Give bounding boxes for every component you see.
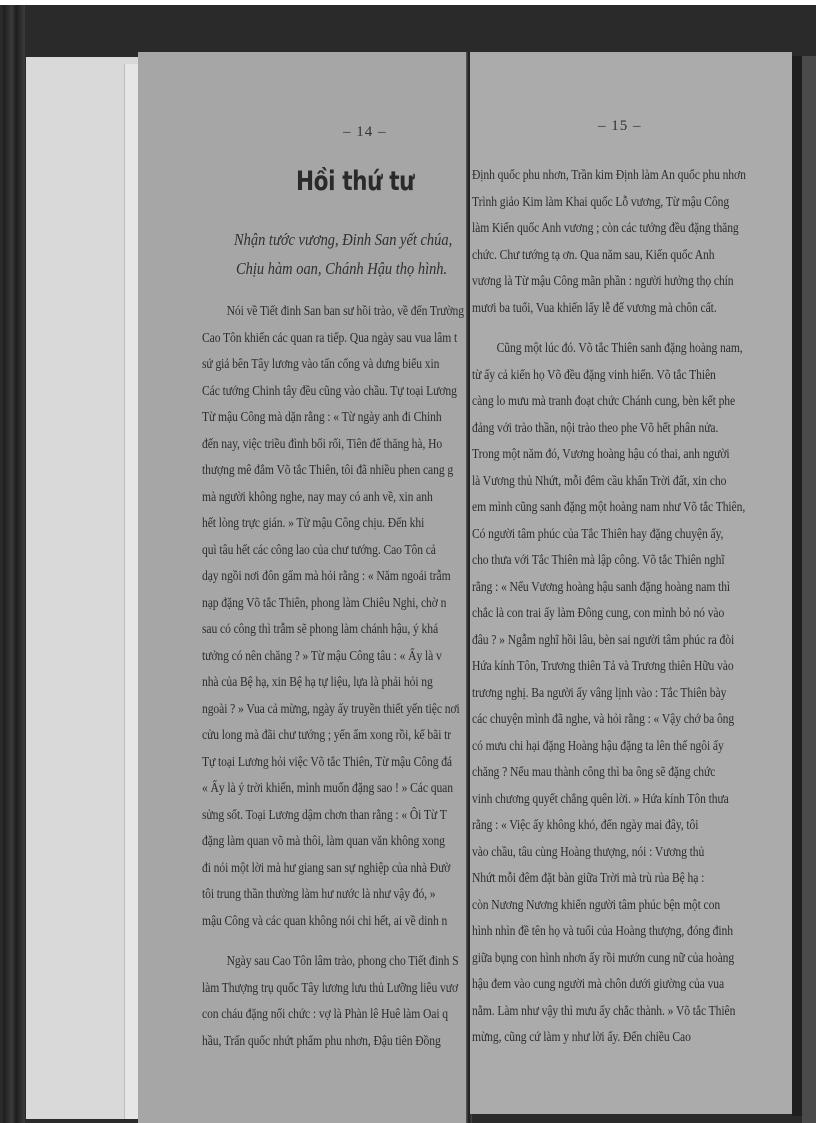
page-number: – 14 –: [343, 124, 387, 141]
text-line: tưởng có nên chăng ? » Từ mậu Công tâu :…: [202, 643, 435, 670]
text-line: có mưu chi hại đặng Hoàng hậu đặng ta lê…: [472, 733, 740, 760]
book-cover-edge: [802, 56, 816, 1123]
text-line: Nhứt mỗi đêm đặt bàn giữa Trời mà trù rủ…: [472, 865, 740, 892]
text-line: vinh chương quyết chẳng quên lời. » Hứa …: [472, 786, 740, 813]
text-line: Hứa kính Tôn, Trương thiên Tả và Trương …: [472, 653, 740, 680]
text-line: nhà của Bệ hạ, xin Bệ hạ tự liệu, lựa là…: [202, 669, 435, 696]
text-line: mậu Công và các quan không nói chi hết, …: [202, 908, 435, 935]
text-line: đảng với trào thần, nội trào theo phe Võ…: [472, 415, 740, 442]
text-line: đâu ? » Ngẫm nghĩ hồi lâu, bèn sai người…: [472, 627, 740, 654]
text-line: đi nói một lời mà hư giang san sự nghiệp…: [202, 855, 435, 882]
text-line: là Vương thủ Nhứt, mỗi đêm cầu khẩn Trời…: [472, 468, 740, 495]
text-line: đến nay, việc triều đình bối rối, Tiên đ…: [202, 431, 435, 458]
text-line: mà người không nghe, nay may có anh về, …: [202, 484, 435, 511]
text-line: hình nhìn đề tên họ và tuổi của Hoàng th…: [472, 918, 740, 945]
text-line: rằng : « Nếu Vương hoàng hậu sanh đặng h…: [472, 574, 740, 601]
text-line: ngoài ? » Vua cả mừng, ngày ấy truyền th…: [202, 696, 435, 723]
text-line: làm Kiến quốc Anh vương ; còn các tướng …: [472, 215, 740, 242]
text-line: sau có công thì trẫm sẽ phong làm chánh …: [202, 616, 435, 643]
text-line: còn Nương Nương khiến người tâm phúc bện…: [472, 892, 740, 919]
text-line: cho thưa với Tắc Thiên mà lập công. Võ t…: [472, 547, 740, 574]
text-line: hậu đem vào cung người mà chôn dưới giườ…: [472, 971, 740, 998]
left-page: – 14 – Hồi thứ tư Nhận tước vương, Đinh …: [138, 52, 468, 1123]
text-line: sứ giả bên Tây lương vào tấn cống và dưn…: [202, 351, 435, 378]
text-line: tôi trung thần thường làm hư nước là như…: [202, 881, 435, 908]
text-line: quì tâu hết các công lao của chư tướng. …: [202, 537, 435, 564]
text-line: Tự toại Lương hỏi việc Võ tắc Thiên, Từ …: [202, 749, 435, 776]
text-line: trương nghị. Ba người ấy vâng lịnh vào :…: [472, 680, 740, 707]
text-line: Cũng một lúc đó. Võ tắc Thiên sanh đặng …: [472, 335, 740, 362]
text-line: hết lòng trực gián. » Từ mậu Công chịu. …: [202, 510, 435, 537]
text-line: Từ mậu Công mà dặn rằng : « Từ ngày anh …: [202, 404, 435, 431]
paragraph-gap: [472, 321, 777, 335]
text-line: Cao Tôn khiến các quan ra tiếp. Qua ngày…: [202, 325, 435, 352]
body-text: Nói về Tiết đinh San ban sư hồi trào, về…: [202, 298, 467, 1054]
blank-flyleaf: [26, 57, 138, 1119]
text-line: vào chầu, tâu cùng Hoàng thượng, nói : V…: [472, 839, 740, 866]
text-line: em mình cũng sanh đặng một hoàng nam như…: [472, 494, 740, 521]
text-line: thượng mê đắm Võ tắc Thiên, tôi đã nhiều…: [202, 457, 435, 484]
text-line: làm Thượng trụ quốc Tây lương lưu thủ Lư…: [202, 975, 435, 1002]
paragraph-gap: [202, 934, 467, 948]
text-line: Các tướng Chinh tây đều cũng vào chầu. T…: [202, 378, 435, 405]
text-line: hầu, Trấn quốc nhứt phẩm phu nhơn, Đậu t…: [202, 1028, 435, 1055]
text-line: cửu long mà đãi chư tướng ; yến ẩm xong …: [202, 722, 435, 749]
text-line: « Ấy là ý trời khiến, mình muốn đặng sao…: [202, 775, 435, 802]
text-line: càng lo mưu mà tranh đoạt chức Chánh cun…: [472, 388, 740, 415]
text-line: nằm. Làm như vậy thì mưu ấy chắc thành. …: [472, 998, 740, 1025]
text-line: đặng làm quan võ mà thôi, làm quan văn k…: [202, 828, 435, 855]
text-line: chức. Chư tướng tạ ơn. Qua năm sau, Kiến…: [472, 242, 740, 269]
text-line: nạp đặng Võ tắc Thiên, phong làm Chiêu N…: [202, 590, 435, 617]
text-line: chăng ? Nếu mau thành công thì ba ông sẽ…: [472, 759, 740, 786]
text-line: Trong một năm đó, Vương hoàng hậu có tha…: [472, 441, 740, 468]
text-line: các chuyện mình đã nghe, và hỏi rằng : «…: [472, 706, 740, 733]
text-line: sửng sốt. Toại Lương dậm chơn than rằng …: [202, 802, 435, 829]
text-line: Ngày sau Cao Tôn lâm trào, phong cho Tiế…: [202, 948, 435, 975]
text-line: rằng : « Việc ấy không khó, đến ngày mai…: [472, 812, 740, 839]
body-text: Định quốc phu nhơn, Trần kim Định làm An…: [472, 162, 777, 1051]
text-line: con cháu đặng nối chức : vợ là Phàn lê H…: [202, 1001, 435, 1028]
text-line: giữa bụng con hình nhơn ấy rồi mướn cung…: [472, 945, 740, 972]
chapter-subtitle-line: Chịu hàm oan, Chánh Hậu thọ hình.: [236, 259, 447, 279]
page-stack-edge: [792, 56, 802, 1116]
text-line: từ ấy cả kiến họ Võ đều đặng vinh hiển. …: [472, 362, 740, 389]
text-line: mừng, cũng cứ làm y như lời ấy. Đến chiề…: [472, 1024, 740, 1051]
text-line: dạy ngồi nơi đôn gấm mà hỏi rằng : « Năm…: [202, 563, 435, 590]
text-line: vương là Từ mậu Công mãn phần : người hư…: [472, 268, 740, 295]
book-cover-edge: [3, 5, 25, 1123]
text-line: Trình giảo Kim làm Khai quốc Lỗ vương, T…: [472, 189, 740, 216]
text-line: Định quốc phu nhơn, Trần kim Định làm An…: [472, 162, 740, 189]
chapter-title: Hồi thứ tư: [296, 166, 414, 197]
text-line: chắc là con trai ấy làm Đông cung, con m…: [472, 600, 740, 627]
chapter-subtitle-line: Nhận tước vương, Đinh San yết chúa,: [234, 230, 452, 250]
flyleaf-edge: [124, 64, 139, 1119]
text-line: Nói về Tiết đinh San ban sư hồi trào, về…: [202, 298, 435, 325]
right-page: – 15 – Định quốc phu nhơn, Trần kim Định…: [470, 52, 792, 1114]
text-line: mươi ba tuổi, Vua khiến lấy lễ đế vương …: [472, 295, 740, 322]
text-line: Có người tâm phúc của Tắc Thiên hay đặng…: [472, 521, 740, 548]
page-number: – 15 –: [598, 118, 642, 135]
